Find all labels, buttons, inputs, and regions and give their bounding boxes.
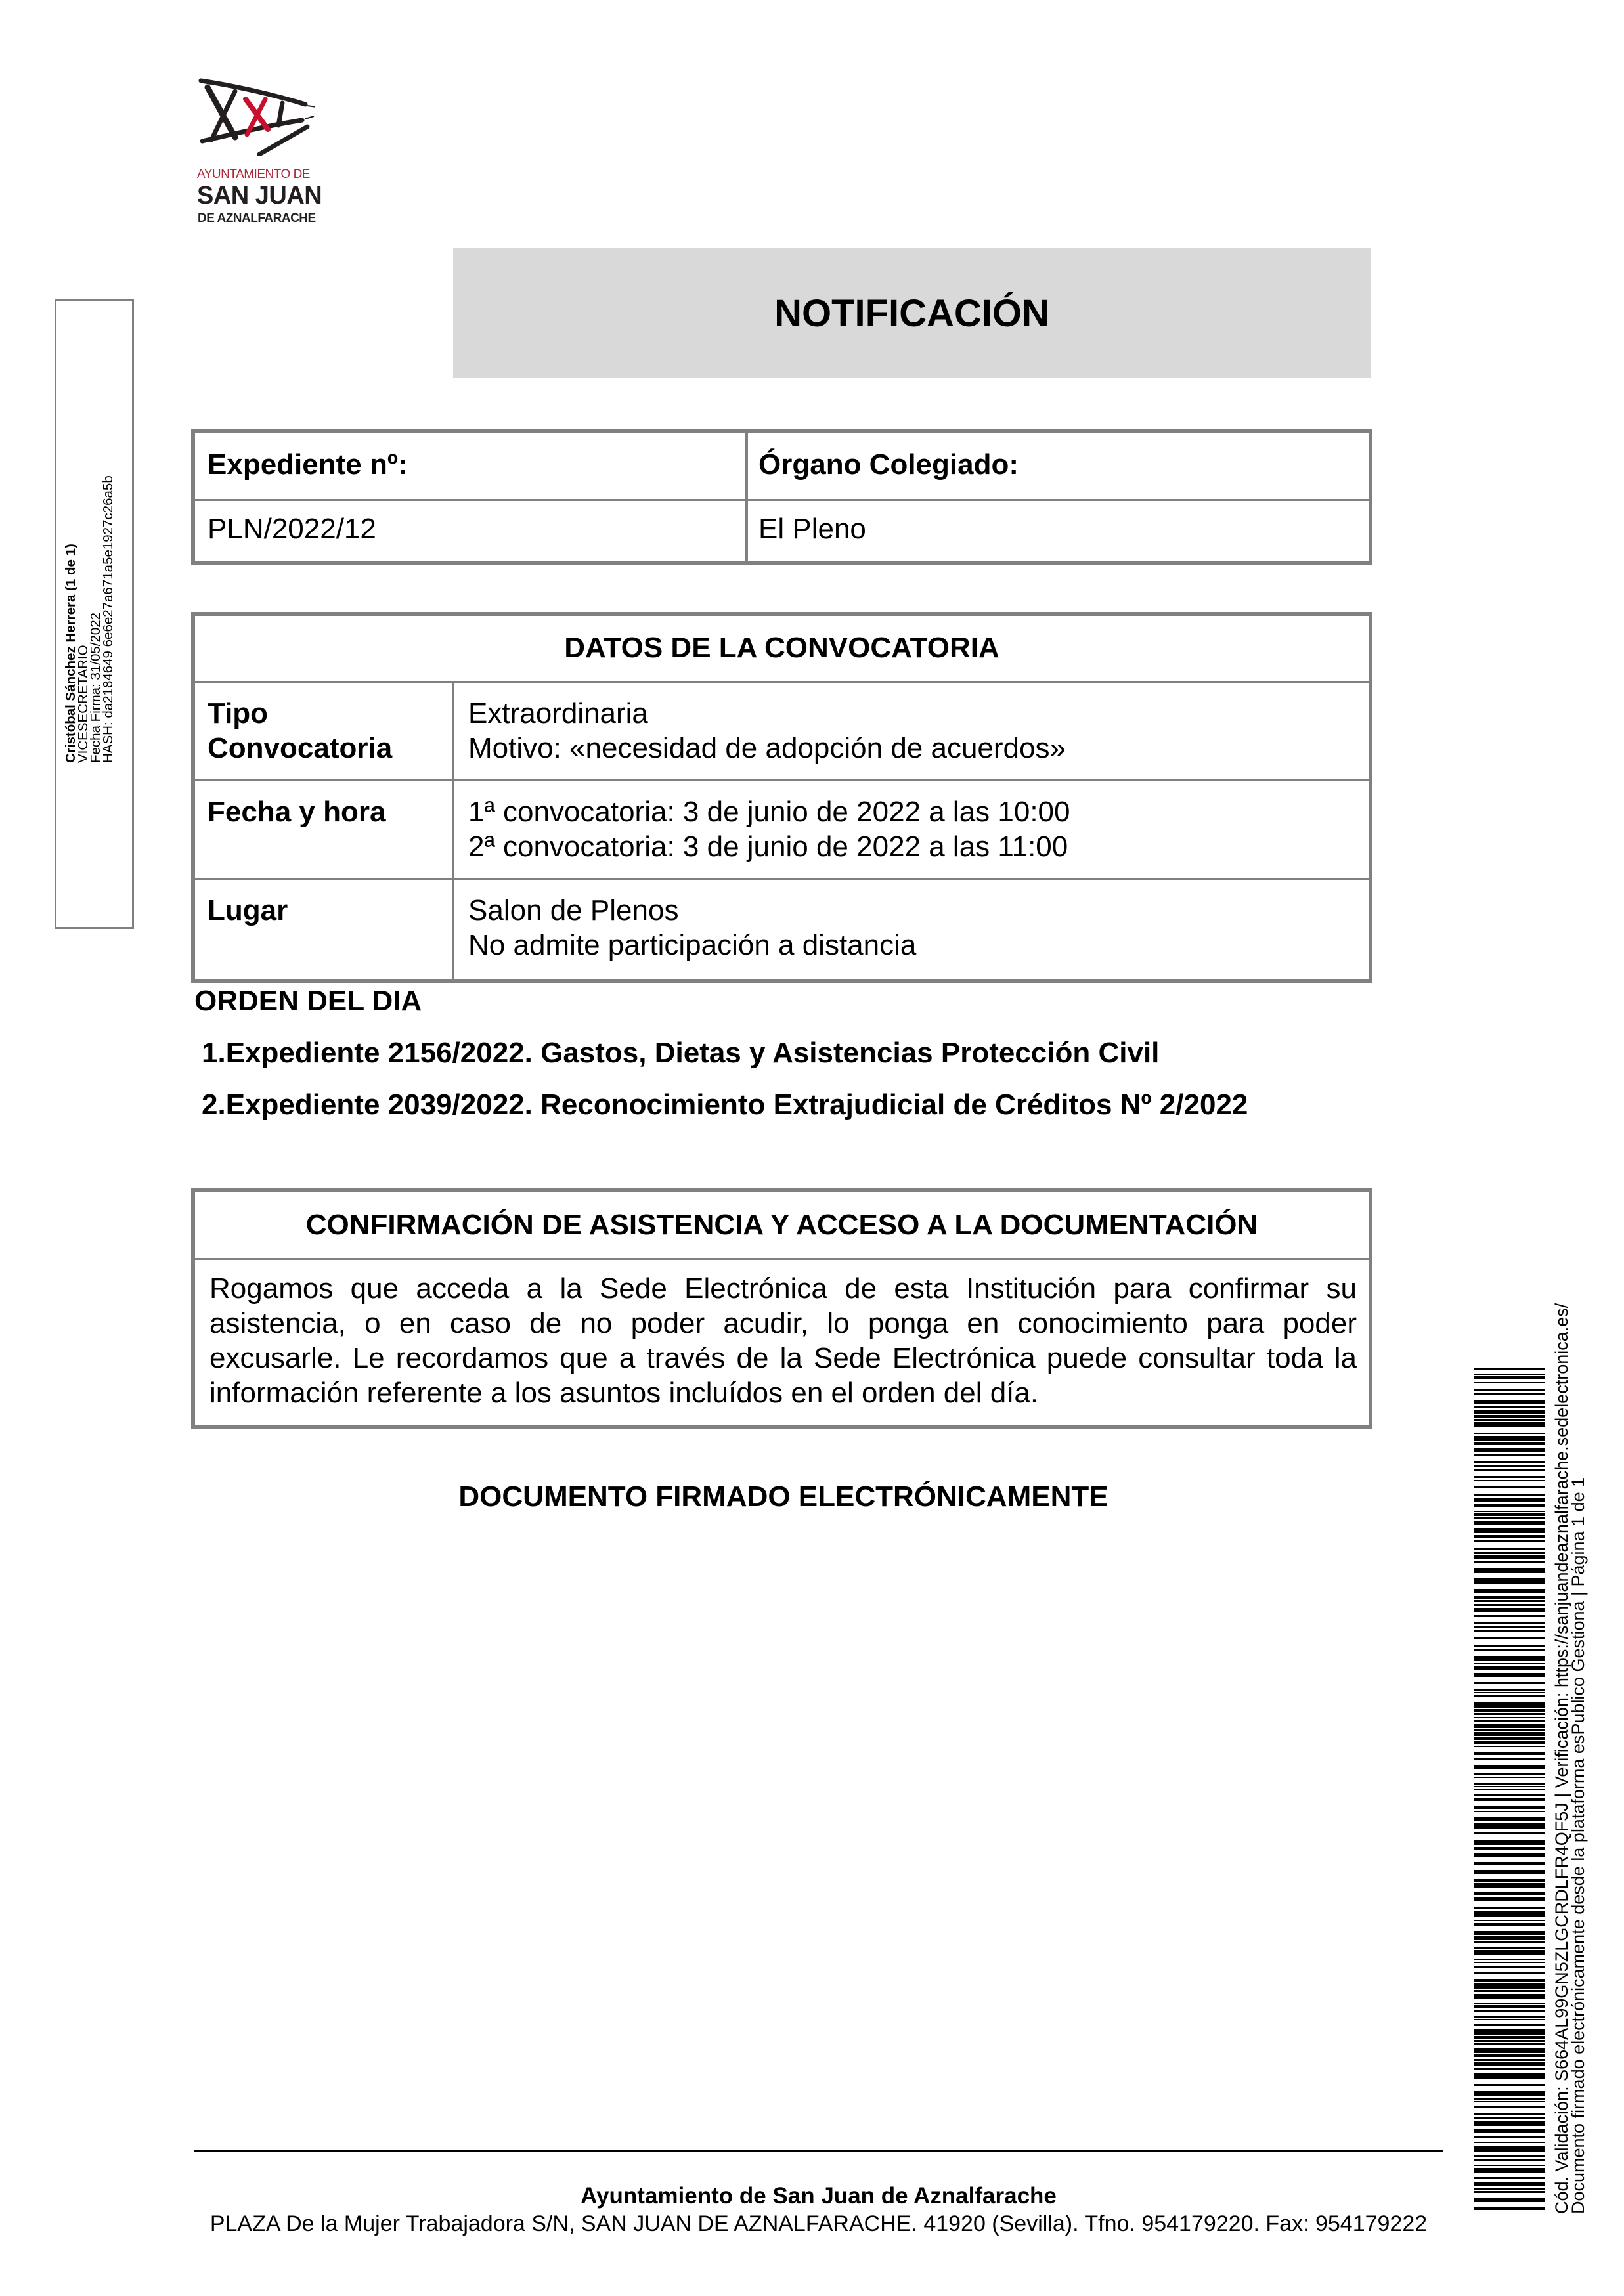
expediente-table: Expediente nº: Órgano Colegiado: PLN/202… — [191, 429, 1372, 565]
orden-item: 2.Expediente 2039/2022. Reconocimiento E… — [202, 1089, 1248, 1121]
lugar-value: Salon de Plenos No admite participación … — [468, 893, 916, 963]
logo-line-aznalfarache: DE AZNALFARACHE — [198, 211, 316, 226]
footer-title: Ayuntamiento de San Juan de Aznalfarache — [194, 2183, 1443, 2209]
ayuntamiento-logo: AYUNTAMIENTO DE SAN JUAN DE AZNALFARACHE — [197, 77, 315, 231]
logo-line-san-juan: SAN JUAN — [197, 182, 322, 210]
fecha-hora-value: 1ª convocatoria: 3 de junio de 2022 a la… — [468, 794, 1070, 864]
xxi-fish-emblem-icon — [197, 77, 315, 156]
datos-convocatoria-table: DATOS DE LA CONVOCATORIA Tipo Convocator… — [191, 612, 1372, 983]
confirmacion-table: CONFIRMACIÓN DE ASISTENCIA Y ACCESO A LA… — [191, 1188, 1372, 1429]
organo-label: Órgano Colegiado: — [758, 447, 1019, 482]
expediente-label: Expediente nº: — [208, 447, 408, 482]
tipo-convocatoria-label: Tipo Convocatoria — [208, 696, 392, 766]
fecha-hora-label: Fecha y hora — [208, 794, 385, 829]
logo-line-ayuntamiento: AYUNTAMIENTO DE — [197, 167, 315, 182]
validation-info: Cód. Validación: S664AL99GN5ZLGCRDLFR4QF… — [1554, 1303, 1587, 2214]
orden-del-dia-heading: ORDEN DEL DIA — [194, 985, 422, 1018]
confirmacion-body: Rogamos que acceda a la Sede Electrónica… — [209, 1271, 1357, 1410]
documento-firmado-notice: DOCUMENTO FIRMADO ELECTRÓNICAMENTE — [0, 1481, 1567, 1513]
footer-divider — [194, 2150, 1443, 2152]
orden-item: 1.Expediente 2156/2022. Gastos, Dietas y… — [202, 1037, 1159, 1070]
signature-hash: HASH: da2184649 6e6e27a671a5e1927c26a5b — [102, 475, 114, 763]
footer-address: PLAZA De la Mujer Trabajadora S/N, SAN J… — [194, 2211, 1443, 2237]
datos-header: DATOS DE LA CONVOCATORIA — [195, 630, 1369, 665]
validation-platform: Documento firmado electrónicamente desde… — [1570, 1303, 1587, 2214]
expediente-value: PLN/2022/12 — [208, 511, 376, 546]
barcode-icon — [1474, 1368, 1545, 2215]
page-title: NOTIFICACIÓN — [774, 292, 1049, 336]
confirmacion-header: CONFIRMACIÓN DE ASISTENCIA Y ACCESO A LA… — [195, 1207, 1369, 1242]
organo-value: El Pleno — [758, 511, 866, 546]
lugar-label: Lugar — [208, 893, 288, 928]
signature-info: Cristóbal Sánchez Herrera (1 de 1) VICES… — [64, 475, 114, 763]
tipo-convocatoria-value: Extraordinaria Motivo: «necesidad de ado… — [468, 696, 1066, 766]
title-banner: NOTIFICACIÓN — [453, 248, 1371, 378]
